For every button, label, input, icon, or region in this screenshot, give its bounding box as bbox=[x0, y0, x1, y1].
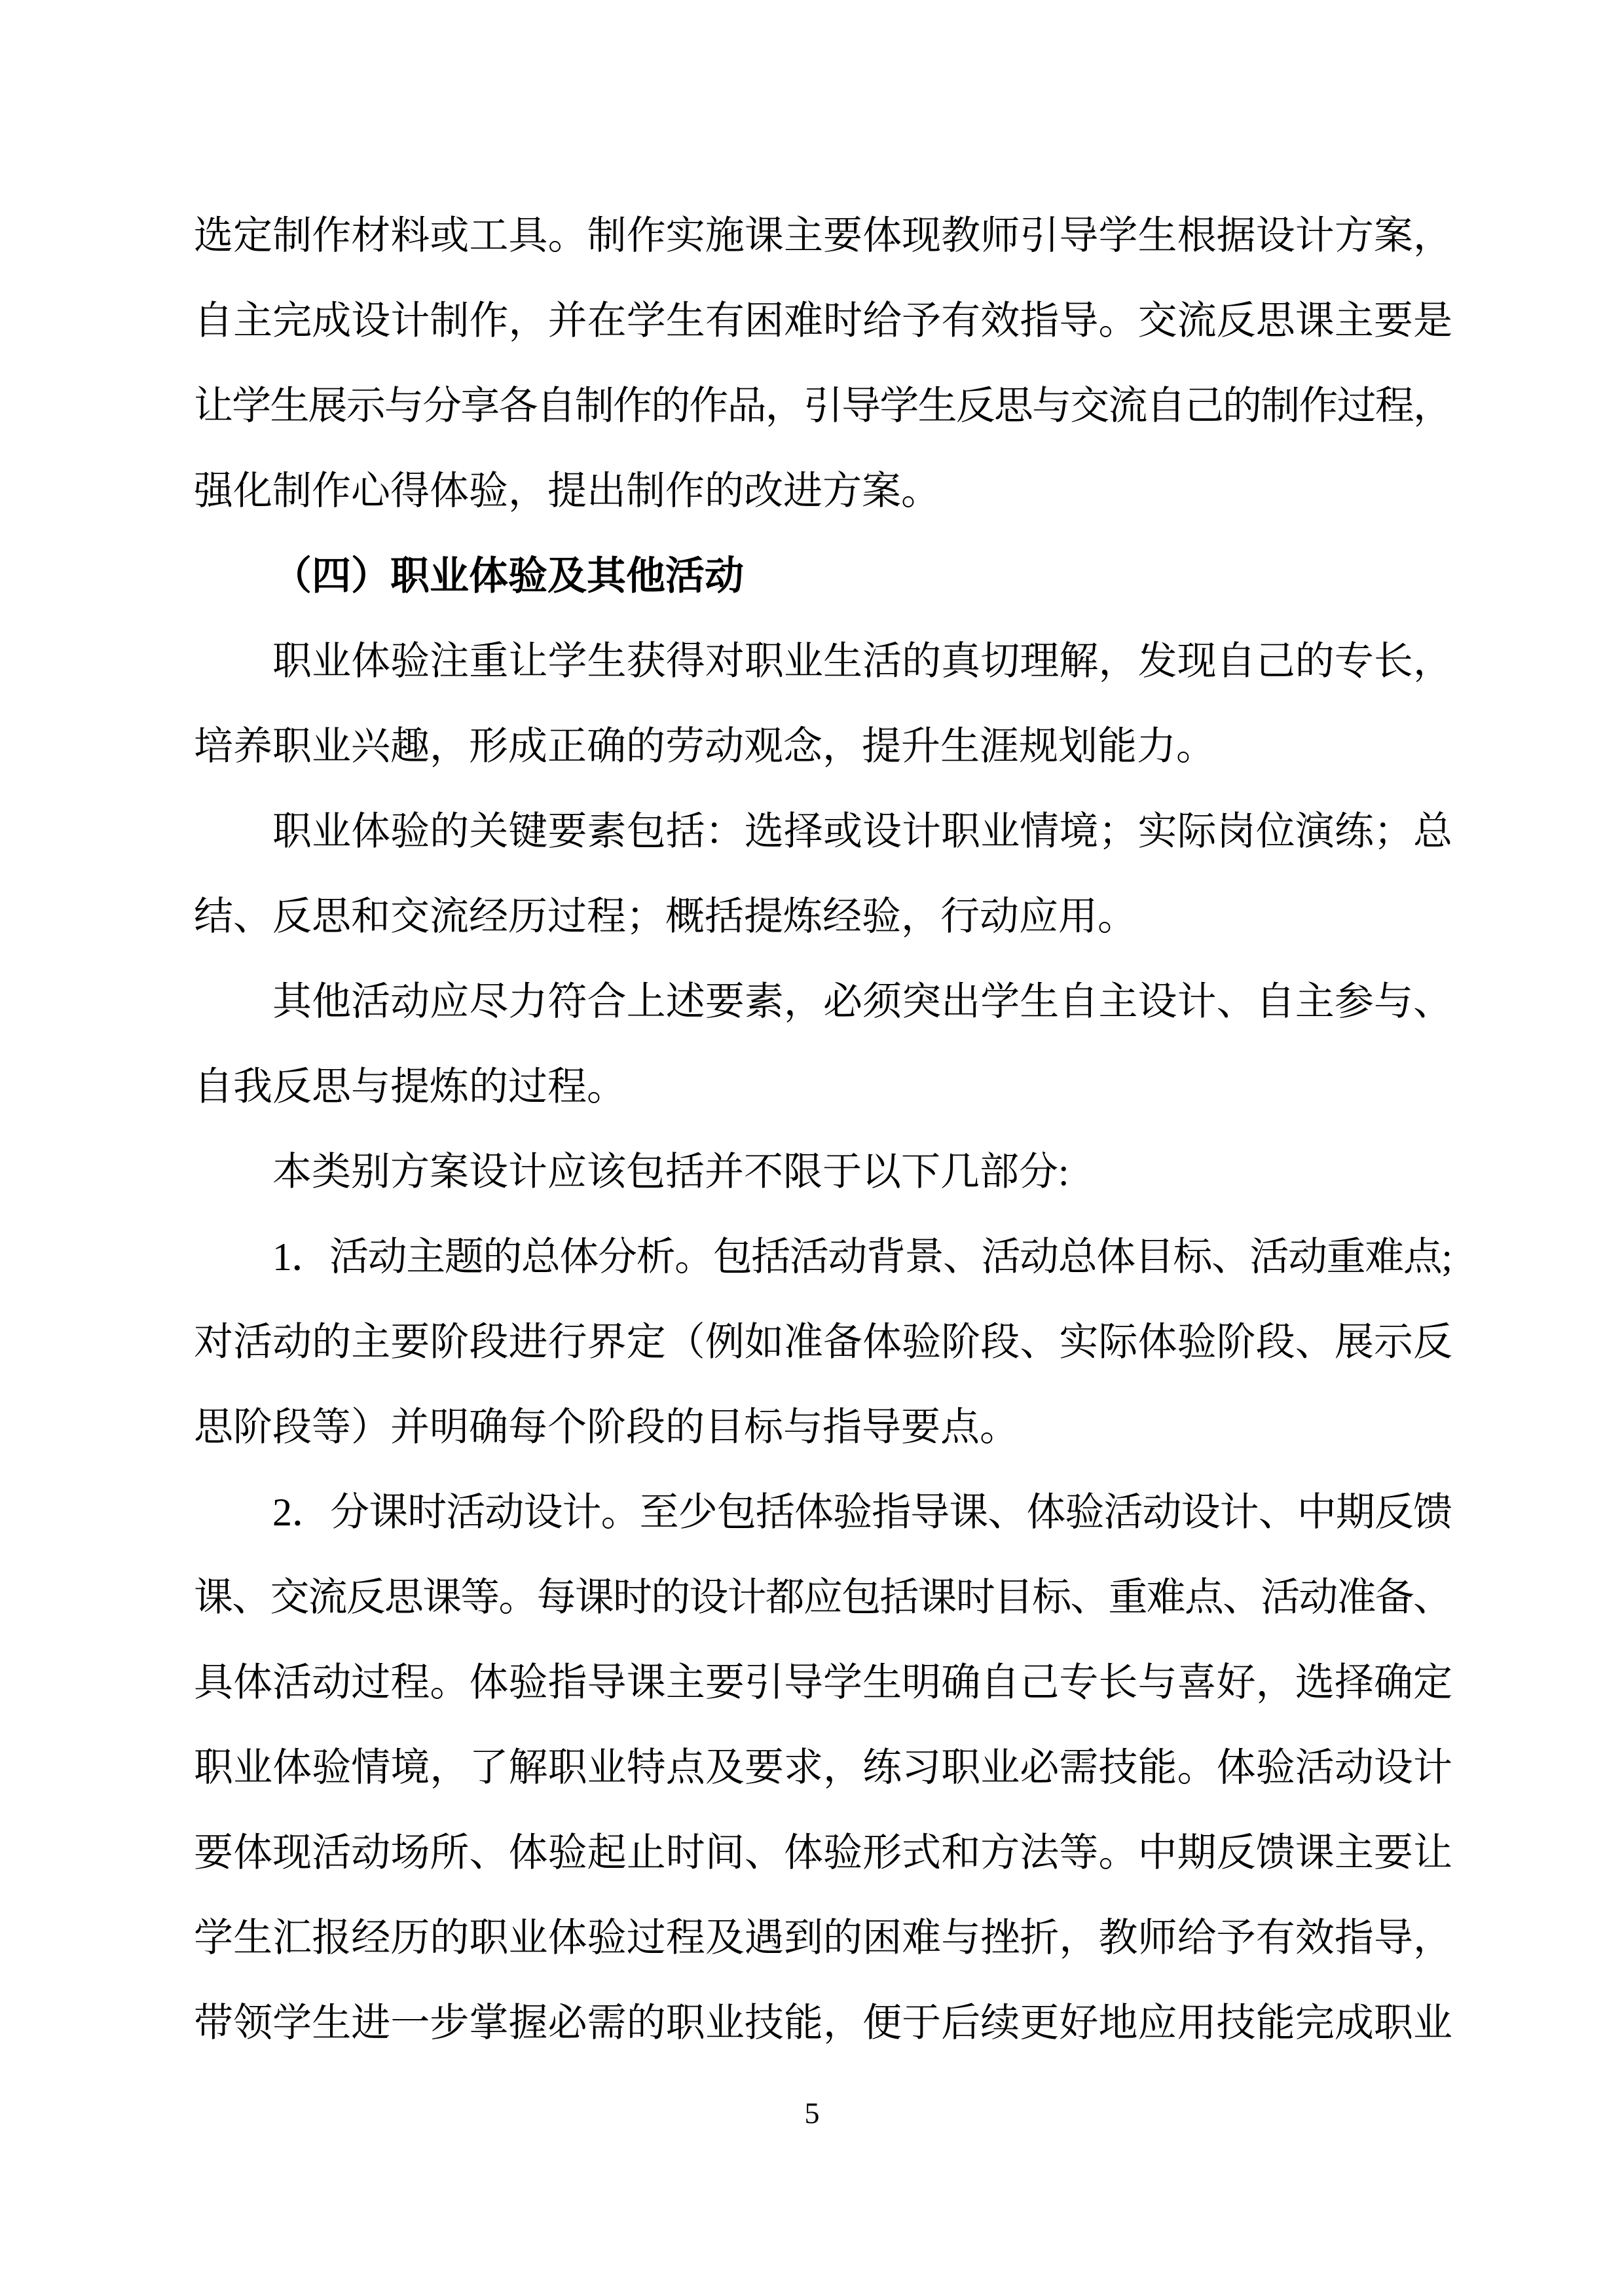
text-line: 职业体验的关键要素包括：选择或设计职业情境；实际岗位演练；总 bbox=[194, 789, 1452, 874]
text-line: 思阶段等）并明确每个阶段的目标与指导要点。 bbox=[194, 1385, 1452, 1470]
text-line: 其他活动应尽力符合上述要素，必须突出学生自主设计、自主参与、 bbox=[194, 959, 1452, 1044]
text-line: 强化制作心得体验，提出制作的改进方案。 bbox=[194, 448, 1452, 534]
text-line: 职业体验注重让学生获得对职业生活的真切理解，发现自己的专长， bbox=[194, 619, 1452, 704]
text-line: 对活动的主要阶段进行界定（例如准备体验阶段、实际体验阶段、展示反 bbox=[194, 1300, 1452, 1385]
text-line: 选定制作材料或工具。制作实施课主要体现教师引导学生根据设计方案， bbox=[194, 193, 1452, 278]
text-line: 让学生展示与分享各自制作的作品，引导学生反思与交流自己的制作过程， bbox=[194, 363, 1452, 448]
text-line: 自我反思与提炼的过程。 bbox=[194, 1044, 1452, 1129]
text-line: 自主完成设计制作，并在学生有困难时给予有效指导。交流反思课主要是 bbox=[194, 278, 1452, 363]
text-line: 带领学生进一步掌握必需的职业技能，便于后续更好地应用技能完成职业 bbox=[194, 1980, 1452, 2066]
text-line: 1．活动主题的总体分析。包括活动背景、活动总体目标、活动重难点; bbox=[194, 1214, 1452, 1300]
text-line: 具体活动过程。体验指导课主要引导学生明确自己专长与喜好，选择确定 bbox=[194, 1640, 1452, 1725]
text-line: 职业体验情境，了解职业特点及要求，练习职业必需技能。体验活动设计 bbox=[194, 1725, 1452, 1810]
text-line: 培养职业兴趣，形成正确的劳动观念，提升生涯规划能力。 bbox=[194, 704, 1452, 789]
document-body: 选定制作材料或工具。制作实施课主要体现教师引导学生根据设计方案，自主完成设计制作… bbox=[194, 193, 1452, 2066]
text-line: 2．分课时活动设计。至少包括体验指导课、体验活动设计、中期反馈 bbox=[194, 1470, 1452, 1555]
text-line: 学生汇报经历的职业体验过程及遇到的困难与挫折，教师给予有效指导， bbox=[194, 1895, 1452, 1980]
section-heading: （四）职业体验及其他活动 bbox=[194, 534, 1452, 619]
text-line: 要体现活动场所、体验起止时间、体验形式和方法等。中期反馈课主要让 bbox=[194, 1810, 1452, 1895]
text-line: 课、交流反思课等。每课时的设计都应包括课时目标、重难点、活动准备、 bbox=[194, 1555, 1452, 1640]
text-line: 本类别方案设计应该包括并不限于以下几部分: bbox=[194, 1129, 1452, 1214]
document-page: 选定制作材料或工具。制作实施课主要体现教师引导学生根据设计方案，自主完成设计制作… bbox=[0, 0, 1624, 2296]
text-line: 结、反思和交流经历过程；概括提炼经验，行动应用。 bbox=[194, 874, 1452, 959]
page-number: 5 bbox=[0, 2094, 1624, 2133]
